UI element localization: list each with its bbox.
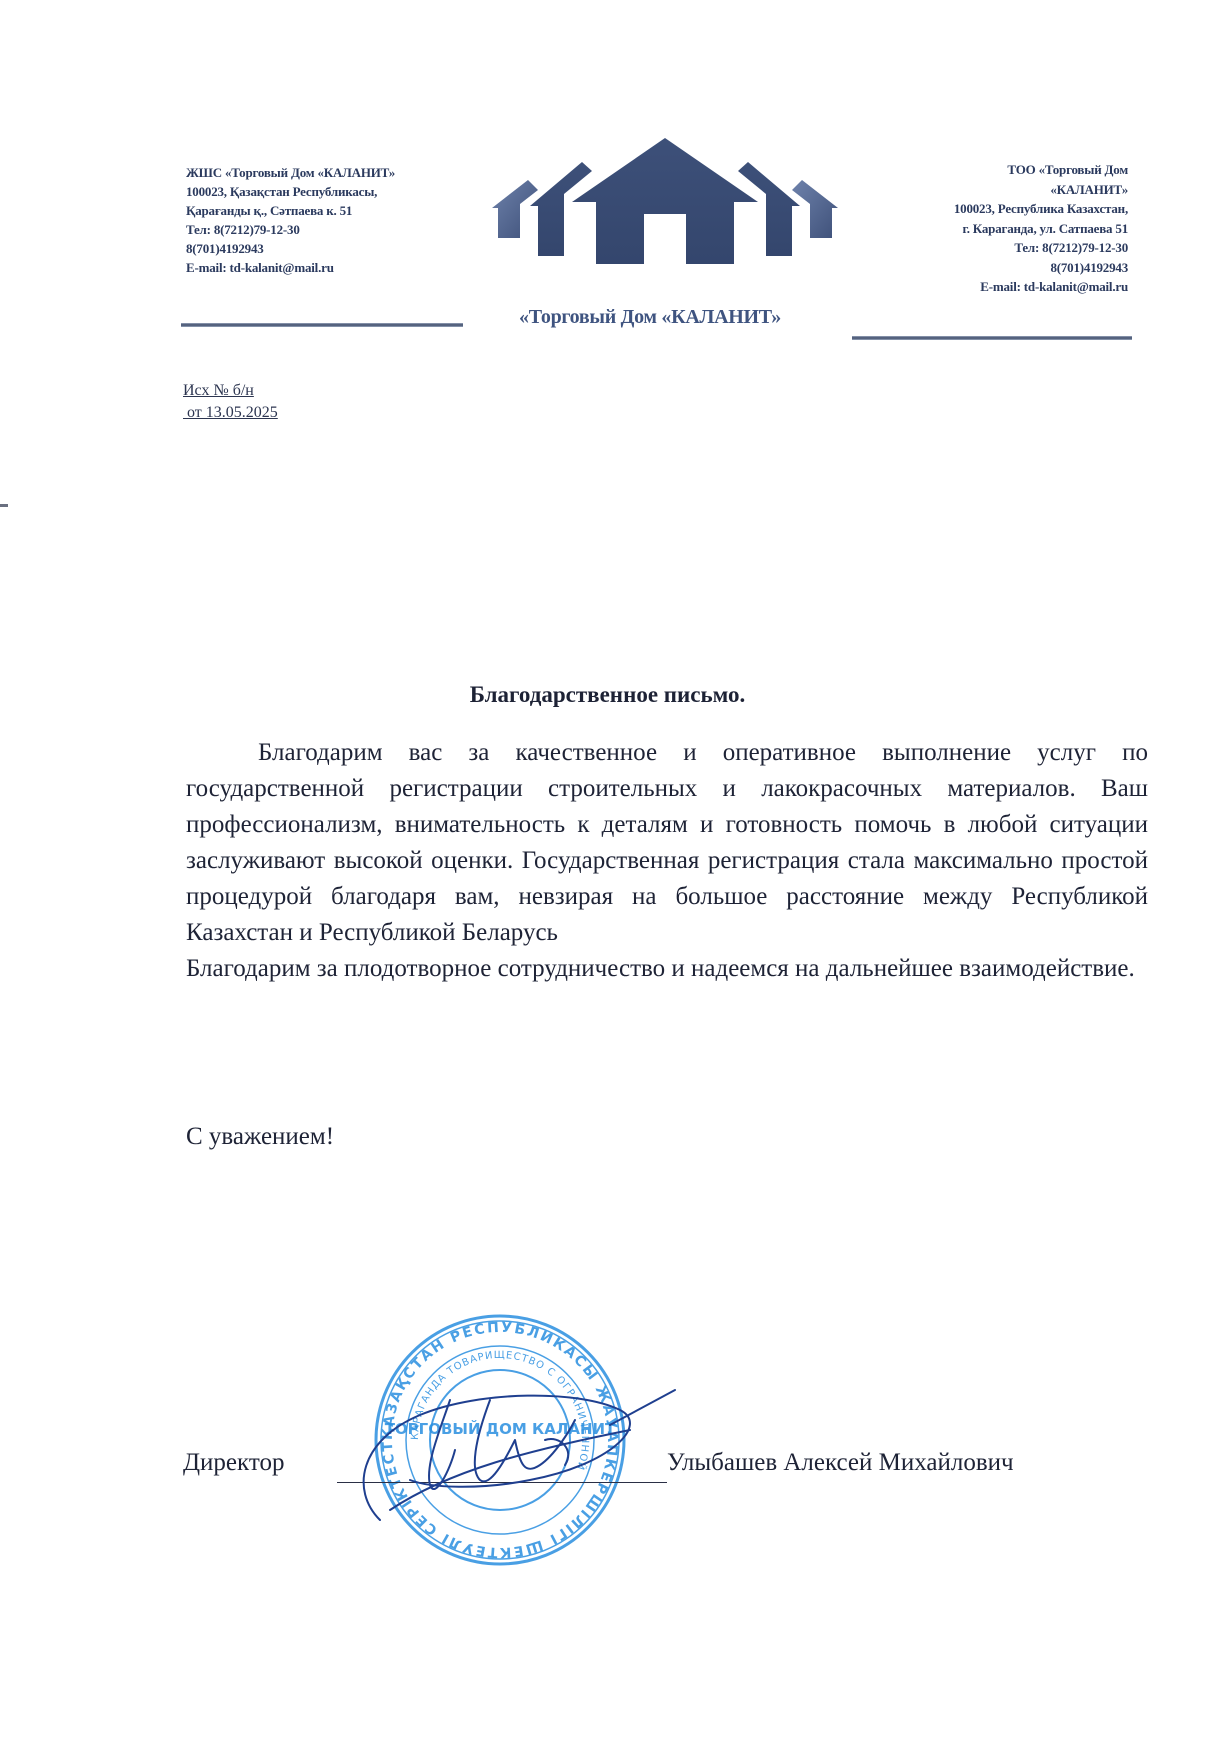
letter-paragraph: Благодарим вас за качественное и операти… (186, 735, 1148, 951)
houses-logo-icon (490, 138, 840, 268)
letterhead-left-line: 8(701)4192943 (186, 239, 486, 258)
letter-title: Благодарственное письмо. (0, 682, 1215, 708)
letterhead-right-block: ТОО «Торговый Дом «КАЛАНИТ» 100023, Респ… (860, 160, 1128, 297)
letterhead-right-line: Тел: 8(7212)79-12-30 (860, 238, 1128, 258)
signatory-role: Директор (183, 1449, 284, 1477)
letterhead-left-line: Қарағанды қ., Сәтпаева к. 51 (186, 201, 486, 220)
letterhead-right-line: E-mail: td-kalanit@mail.ru (860, 277, 1128, 297)
letterhead-right-line: 8(701)4192943 (860, 258, 1128, 278)
scan-margin-mark (0, 504, 8, 507)
letter-closing: С уважением! (186, 1123, 334, 1151)
letterhead-rule-left (181, 323, 463, 327)
letterhead-rule-right (852, 336, 1132, 340)
letterhead-right-line: «КАЛАНИТ» (860, 180, 1128, 200)
letterhead-left-block: ЖШС «Торговый Дом «КАЛАНИТ» 100023, Қаза… (186, 163, 486, 277)
letterhead-right-line: 100023, Республика Казахстан, (860, 199, 1128, 219)
outgoing-reference: Исх № б/н от 13.05.2025 (183, 380, 278, 424)
letterhead-left-line: Тел: 8(7212)79-12-30 (186, 220, 486, 239)
handwritten-signature-icon (330, 1370, 700, 1540)
letterhead-right-line: ТОО «Торговый Дом (860, 160, 1128, 180)
letter-body: Благодарим вас за качественное и операти… (186, 735, 1148, 987)
letterhead-left-line: 100023, Қазақстан Республикасы, (186, 182, 486, 201)
reference-date: от 13.05.2025 (183, 402, 278, 424)
signatory-name: Улыбашев Алексей Михайлович (667, 1449, 1014, 1477)
reference-number: Исх № б/н (183, 380, 278, 402)
letterhead-left-line: E-mail: td-kalanit@mail.ru (186, 258, 486, 277)
letterhead-left-line: ЖШС «Торговый Дом «КАЛАНИТ» (186, 163, 486, 182)
letter-paragraph: Благодарим за плодотворное сотрудничеств… (186, 951, 1148, 987)
logo-caption: «Торговый Дом «КАЛАНИТ» (485, 306, 815, 329)
letterhead-right-line: г. Караганда, ул. Сатпаева 51 (860, 219, 1128, 239)
